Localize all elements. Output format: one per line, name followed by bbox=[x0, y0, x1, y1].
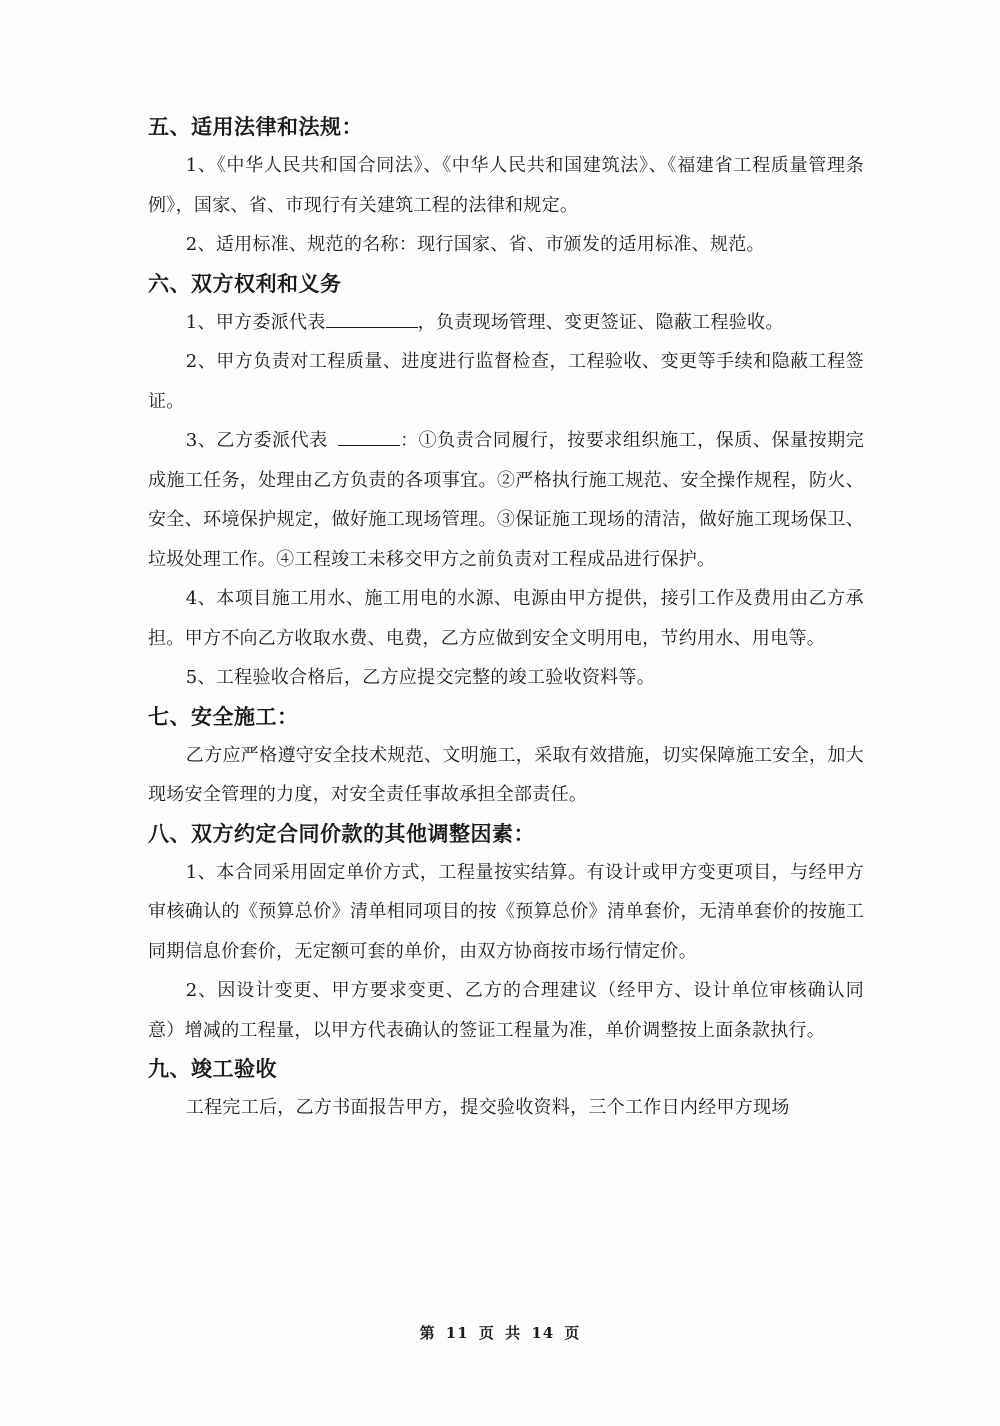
clause-7-1: 乙方应严格遵守安全技术规范、文明施工，采取有效措施，切实保障施工安全，加大现场安… bbox=[148, 736, 864, 815]
clause-6-1-before: 1、甲方委派代表 bbox=[186, 312, 326, 333]
party-b-representative-blank bbox=[338, 427, 400, 446]
clause-6-2: 2、甲方负责对工程质量、进度进行监督检查，工程验收、变更等手续和隐蔽工程签证。 bbox=[148, 342, 864, 421]
clause-6-1: 1、甲方委派代表，负责现场管理、变更签证、隐蔽工程验收。 bbox=[148, 303, 864, 343]
clause-6-4: 4、本项目施工用水、施工用电的水源、电源由甲方提供，接引工作及费用由乙方承担。甲… bbox=[148, 579, 864, 658]
clause-5-1: 1、《中华人民共和国合同法》、《中华人民共和国建筑法》、《福建省工程质量管理条例… bbox=[148, 146, 864, 225]
party-a-representative-blank bbox=[326, 309, 418, 328]
clause-6-3-before: 3、乙方委派代表 bbox=[186, 430, 328, 451]
clause-9-1: 工程完工后，乙方书面报告甲方，提交验收资料，三个工作日内经甲方现场 bbox=[148, 1088, 864, 1128]
clause-6-5: 5、工程验收合格后，乙方应提交完整的竣工验收资料等。 bbox=[148, 658, 864, 698]
clause-5-2: 2、适用标准、规范的名称：现行国家、省、市颁发的适用标准、规范。 bbox=[148, 225, 864, 265]
document-body: 五、适用法律和法规： 1、《中华人民共和国合同法》、《中华人民共和国建筑法》、《… bbox=[148, 108, 864, 1128]
section-heading-completion-acceptance: 九、竣工验收 bbox=[148, 1050, 864, 1088]
page-number-footer: 第 11 页 共 14 页 bbox=[0, 1322, 1000, 1343]
clause-6-1-after: ，负责现场管理、变更签证、隐蔽工程验收。 bbox=[418, 312, 784, 333]
section-heading-applicable-law: 五、适用法律和法规： bbox=[148, 108, 864, 146]
document-page: 五、适用法律和法规： 1、《中华人民共和国合同法》、《中华人民共和国建筑法》、《… bbox=[0, 0, 1000, 1426]
clause-8-1: 1、本合同采用固定单价方式，工程量按实结算。有设计或甲方变更项目，与经甲方审核确… bbox=[148, 853, 864, 972]
section-heading-safe-construction: 七、安全施工： bbox=[148, 698, 864, 736]
clause-8-2: 2、因设计变更、甲方要求变更、乙方的合理建议（经甲方、设计单位审核确认同意）增减… bbox=[148, 971, 864, 1050]
clause-6-3: 3、乙方委派代表：①负责合同履行，按要求组织施工，保质、保量按期完成施工任务，处… bbox=[148, 421, 864, 579]
section-heading-rights-obligations: 六、双方权利和义务 bbox=[148, 265, 864, 303]
section-heading-price-adjustment: 八、双方约定合同价款的其他调整因素： bbox=[148, 815, 864, 853]
